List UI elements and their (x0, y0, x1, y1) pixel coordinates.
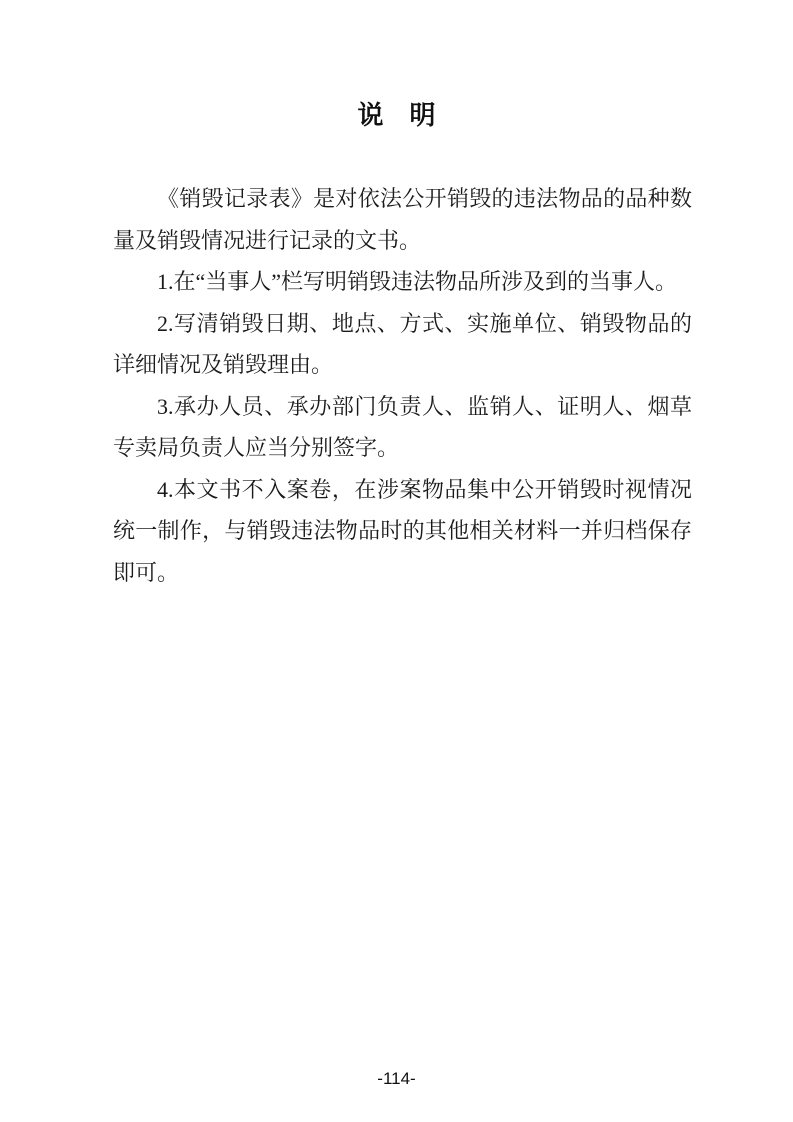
page-number: -114- (0, 1069, 793, 1089)
page-title: 说 明 (0, 100, 793, 130)
paragraph-item-3: 3.承办人员、承办部门负责人、监销人、证明人、烟草专卖局负责人应当分别签字。 (113, 386, 692, 469)
paragraph-intro: 《销毁记录表》是对依法公开销毁的违法物品的品种数量及销毁情况进行记录的文书。 (113, 178, 692, 261)
document-body: 《销毁记录表》是对依法公开销毁的违法物品的品种数量及销毁情况进行记录的文书。 1… (113, 178, 692, 593)
paragraph-item-1: 1.在“当事人”栏写明销毁违法物品所涉及到的当事人。 (113, 261, 692, 303)
paragraph-item-4: 4.本文书不入案卷，在涉案物品集中公开销毁时视情况统一制作，与销毁违法物品时的其… (113, 469, 692, 594)
paragraph-item-2: 2.写清销毁日期、地点、方式、实施单位、销毁物品的详细情况及销毁理由。 (113, 303, 692, 386)
document-page: 说 明 《销毁记录表》是对依法公开销毁的违法物品的品种数量及销毁情况进行记录的文… (0, 0, 793, 1122)
